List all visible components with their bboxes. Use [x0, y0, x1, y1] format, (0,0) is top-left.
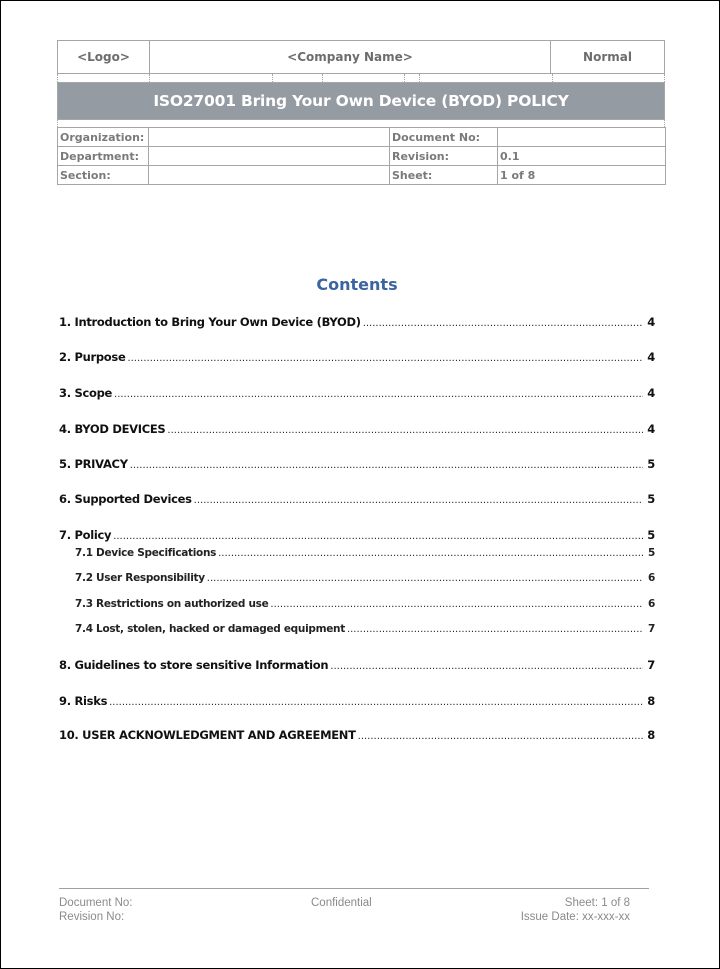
meta-value — [498, 128, 666, 147]
toc-page-number: 7 — [645, 623, 655, 635]
toc-page-number: 4 — [645, 350, 655, 364]
toc-entry-label: 9. Risks — [59, 694, 107, 708]
toc-dot-leader — [218, 547, 643, 559]
toc-entry[interactable]: 9. Risks8 — [59, 694, 655, 708]
toc-entry-label: 7.3 Restrictions on authorized use — [75, 598, 268, 610]
toc-dot-leader — [347, 623, 643, 635]
toc-entry[interactable]: 7. Policy5 — [59, 528, 655, 542]
toc-entry[interactable]: 7.4 Lost, stolen, hacked or damaged equi… — [75, 623, 655, 635]
meta-value: 0.1 — [498, 147, 666, 166]
toc-page-number: 5 — [645, 457, 655, 471]
toc-entry[interactable]: 5. PRIVACY5 — [59, 457, 655, 471]
toc-entry[interactable]: 6. Supported Devices5 — [59, 492, 655, 506]
meta-label: Organization: — [58, 128, 149, 147]
toc-page-number: 7 — [645, 658, 655, 672]
toc-dot-leader — [330, 658, 643, 672]
toc-entry[interactable]: 7.1 Device Specifications5 — [75, 547, 655, 559]
document-page: <Logo> <Company Name> Normal ISO27001 Br… — [0, 0, 720, 969]
meta-row: Section:Sheet:1 of 8 — [58, 166, 666, 185]
toc-page-number: 6 — [645, 598, 655, 610]
toc-entry[interactable]: 8. Guidelines to store sensitive Informa… — [59, 658, 655, 672]
header-spacer — [57, 120, 665, 127]
toc-entry[interactable]: 7.3 Restrictions on authorized use6 — [75, 598, 655, 610]
toc-dot-leader — [114, 386, 643, 400]
toc-page-number: 6 — [645, 572, 655, 584]
document-meta-table: Organization:Document No:Department:Revi… — [57, 127, 666, 185]
logo-placeholder: <Logo> — [58, 41, 150, 73]
document-header: <Logo> <Company Name> Normal ISO27001 Br… — [57, 40, 665, 185]
meta-value — [149, 128, 390, 147]
toc-dot-leader — [358, 728, 643, 742]
toc-entry[interactable]: 1. Introduction to Bring Your Own Device… — [59, 315, 655, 329]
toc-dot-leader — [127, 350, 643, 364]
header-top-row: <Logo> <Company Name> Normal — [57, 40, 665, 74]
toc-entry[interactable]: 10. USER ACKNOWLEDGMENT AND AGREEMENT8 — [59, 728, 655, 742]
company-name: <Company Name> — [150, 41, 551, 73]
toc-dot-leader — [207, 572, 643, 584]
toc-entry[interactable]: 4. BYOD DEVICES4 — [59, 422, 655, 436]
footer-document-no: Document No: — [59, 897, 133, 909]
toc-dot-leader — [167, 422, 643, 436]
footer-sheet: Sheet: 1 of 8 — [565, 897, 630, 909]
meta-label: Department: — [58, 147, 149, 166]
toc-entry-label: 7.1 Device Specifications — [75, 547, 216, 559]
footer-issue-date: Issue Date: xx-xxx-xx — [521, 911, 630, 923]
footer-revision-no: Revision No: — [59, 911, 124, 923]
meta-label: Section: — [58, 166, 149, 185]
toc-entry-label: 5. PRIVACY — [59, 457, 128, 471]
contents-heading: Contents — [1, 275, 713, 294]
header-spacer — [57, 74, 665, 82]
toc-page-number: 5 — [645, 547, 655, 559]
toc-entry-label: 7.4 Lost, stolen, hacked or damaged equi… — [75, 623, 345, 635]
toc-entry-label: 10. USER ACKNOWLEDGMENT AND AGREEMENT — [59, 728, 356, 742]
toc-dot-leader — [270, 598, 643, 610]
toc-dot-leader — [113, 528, 643, 542]
toc-page-number: 5 — [645, 492, 655, 506]
toc-dot-leader — [194, 492, 643, 506]
toc-entry-label: 6. Supported Devices — [59, 492, 192, 506]
meta-row: Organization:Document No: — [58, 128, 666, 147]
toc-entry-label: 7.2 User Responsibility — [75, 572, 205, 584]
toc-page-number: 8 — [645, 694, 655, 708]
toc-entry-label: 4. BYOD DEVICES — [59, 422, 165, 436]
document-title: ISO27001 Bring Your Own Device (BYOD) PO… — [57, 82, 665, 120]
toc-entry[interactable]: 2. Purpose4 — [59, 350, 655, 364]
meta-value — [149, 166, 390, 185]
meta-label: Document No: — [390, 128, 498, 147]
toc-page-number: 5 — [645, 528, 655, 542]
meta-label: Sheet: — [390, 166, 498, 185]
toc-entry-label: 1. Introduction to Bring Your Own Device… — [59, 315, 361, 329]
meta-value — [149, 147, 390, 166]
toc-page-number: 4 — [645, 386, 655, 400]
toc-entry-label: 8. Guidelines to store sensitive Informa… — [59, 658, 328, 672]
meta-value: 1 of 8 — [498, 166, 666, 185]
toc-entry-label: 2. Purpose — [59, 350, 125, 364]
toc-page-number: 4 — [645, 422, 655, 436]
toc-page-number: 8 — [645, 728, 655, 742]
toc-entry-label: 3. Scope — [59, 386, 112, 400]
meta-row: Department:Revision:0.1 — [58, 147, 666, 166]
toc-dot-leader — [109, 694, 643, 708]
toc-entry-label: 7. Policy — [59, 528, 111, 542]
toc-dot-leader — [363, 315, 643, 329]
meta-label: Revision: — [390, 147, 498, 166]
toc-entry[interactable]: 7.2 User Responsibility6 — [75, 572, 655, 584]
footer-confidential: Confidential — [311, 897, 372, 909]
toc-page-number: 4 — [645, 315, 655, 329]
toc-entry[interactable]: 3. Scope4 — [59, 386, 655, 400]
toc-dot-leader — [130, 457, 643, 471]
classification-label: Normal — [551, 41, 664, 73]
footer-divider — [59, 888, 649, 889]
